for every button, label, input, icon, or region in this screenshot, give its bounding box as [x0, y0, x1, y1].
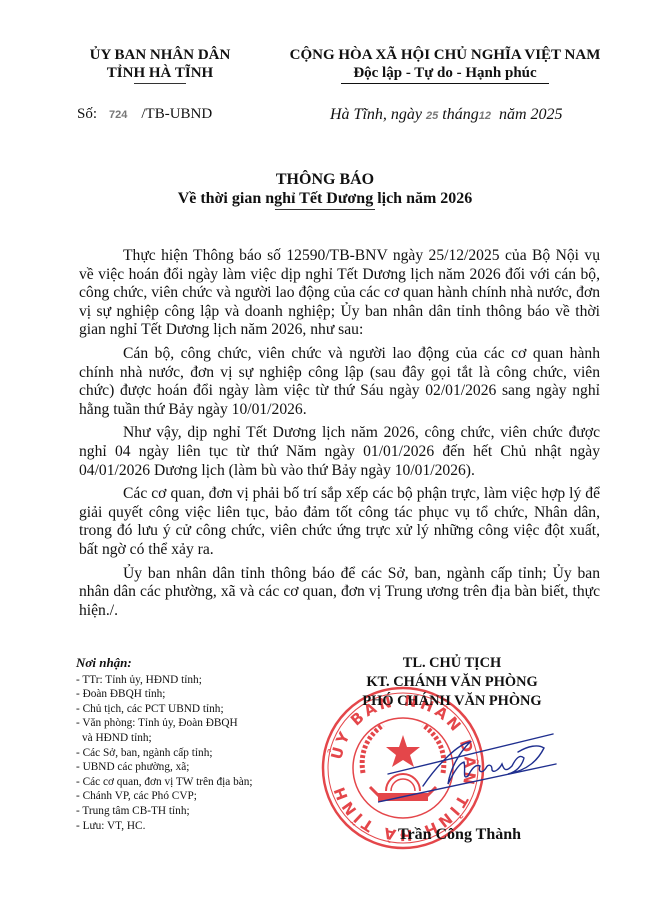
handwritten-signature-icon: [378, 724, 558, 808]
recipient-item: - Chủ tịch, các PCT UBND tỉnh;: [76, 702, 316, 717]
recipient-item: - TTr: Tỉnh ủy, HĐND tỉnh;: [76, 673, 316, 688]
signature-block: TL. CHỦ TỊCH KT. CHÁNH VĂN PHÒNG PHÓ CHÁ…: [322, 654, 582, 711]
body-paragraph: Cán bộ, công chức, viên chức và người la…: [79, 345, 600, 419]
body-paragraph: Ủy ban nhân dân tỉnh thông báo để các Sở…: [79, 565, 600, 621]
signer-name: Trần Công Thành: [398, 826, 521, 844]
recipient-item: - Chánh VP, các Phó CVP;: [76, 789, 316, 804]
recipient-item: - Các cơ quan, đơn vị TW trên địa bàn;: [76, 775, 316, 790]
recipients-list: Nơi nhận: - TTr: Tỉnh ủy, HĐND tỉnh; - Đ…: [76, 656, 316, 833]
recipient-item: - UBND các phường, xã;: [76, 760, 316, 775]
signature-title-line3: PHÓ CHÁNH VĂN PHÒNG: [322, 692, 582, 711]
month-label: tháng: [442, 106, 478, 123]
document-type: THÔNG BÁO: [150, 170, 500, 189]
organization-underline: [134, 83, 186, 84]
document-number-suffix: /TB-UBND: [141, 106, 212, 122]
place-prefix: Hà Tĩnh, ngày: [330, 106, 422, 123]
national-motto: Độc lập - Tự do - Hạnh phúc: [270, 64, 620, 82]
document-number-prefix: Số:: [77, 106, 97, 122]
recipient-item: và HĐND tỉnh;: [76, 731, 316, 746]
nation-name: CỘNG HÒA XÃ HỘI CHỦ NGHĨA VIỆT NAM: [270, 46, 620, 64]
body-paragraph: Thực hiện Thông báo số 12590/TB-BNV ngày…: [79, 247, 600, 340]
recipients-label: Nơi nhận:: [76, 656, 316, 671]
body-paragraph: Như vậy, dịp nghỉ Tết Dương lịch năm 202…: [79, 424, 600, 480]
year-label: năm 2025: [499, 106, 563, 123]
recipient-item: - Văn phòng: Tỉnh ủy, Đoàn ĐBQH: [76, 716, 316, 731]
date-month: 12: [479, 110, 491, 122]
recipient-item: - Trung tâm CB-TH tỉnh;: [76, 804, 316, 819]
document-body: Thực hiện Thông báo số 12590/TB-BNV ngày…: [79, 247, 600, 625]
signature-title-line1: TL. CHỦ TỊCH: [322, 654, 582, 673]
motto-underline: [341, 83, 549, 84]
issuing-organization: ỦY BAN NHÂN DÂN TỈNH HÀ TĨNH: [60, 46, 260, 84]
national-heading: CỘNG HÒA XÃ HỘI CHỦ NGHĨA VIỆT NAM Độc l…: [270, 46, 620, 84]
organization-line1: ỦY BAN NHÂN DÂN: [60, 46, 260, 64]
date-day: 25: [426, 110, 438, 122]
document-number-value: 724: [109, 109, 127, 121]
document-subject: Về thời gian nghỉ Tết Dương lịch năm 202…: [150, 189, 500, 208]
recipient-item: - Các Sở, ban, ngành cấp tỉnh;: [76, 746, 316, 761]
recipient-item: - Lưu: VT, HC.: [76, 819, 316, 834]
recipient-item: - Đoàn ĐBQH tỉnh;: [76, 687, 316, 702]
place-and-date: Hà Tĩnh, ngày 25 tháng12 năm 2025: [330, 106, 563, 124]
document-number: Số:724/TB-UBND: [77, 106, 212, 123]
title-underline: [275, 209, 375, 210]
document-title: THÔNG BÁO Về thời gian nghỉ Tết Dương lị…: [150, 170, 500, 210]
signature-title-line2: KT. CHÁNH VĂN PHÒNG: [322, 673, 582, 692]
organization-line2: TỈNH HÀ TĨNH: [60, 64, 260, 82]
body-paragraph: Các cơ quan, đơn vị phải bố trí sắp xếp …: [79, 485, 600, 559]
